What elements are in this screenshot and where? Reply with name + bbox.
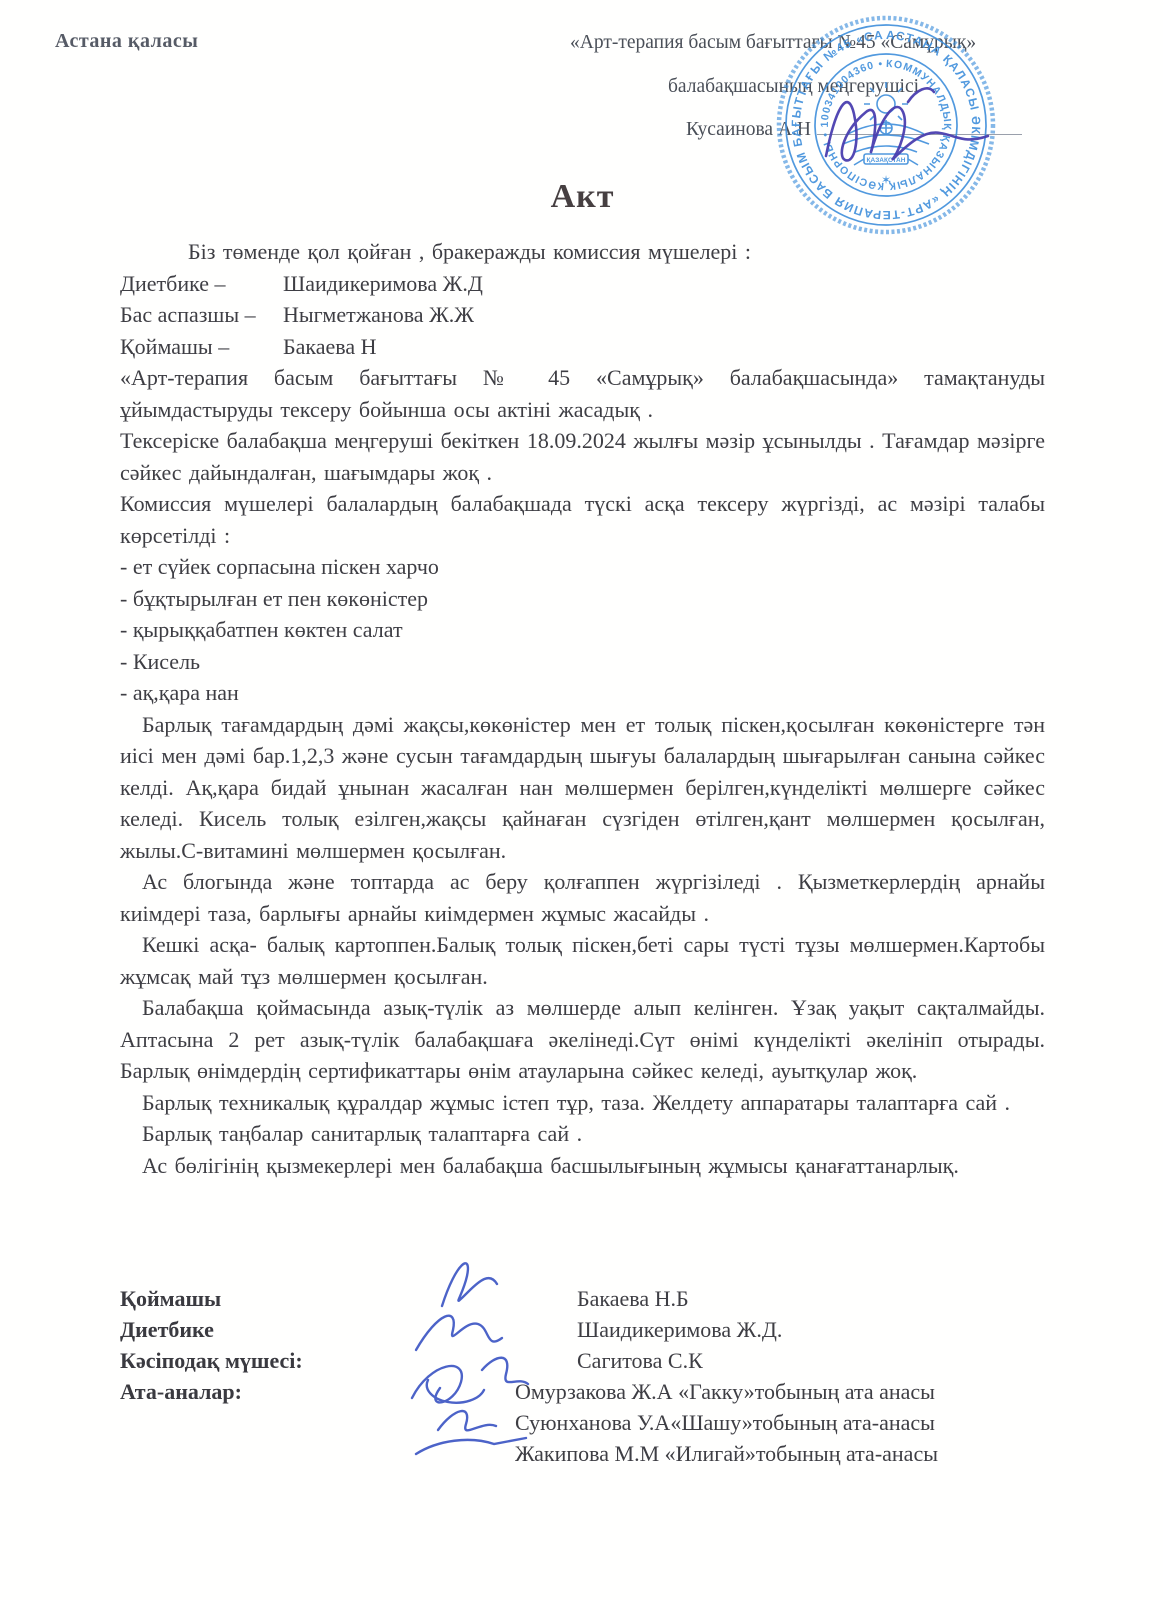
menu-item: - қырыққабатпен көктен салат [120, 614, 1045, 646]
paragraph: Балабақша қоймасында азық-түлік аз мөлше… [120, 992, 1045, 1087]
signature-name: Суюнханова У.А«Шашу»тобының ата-анасы [515, 1407, 935, 1438]
commission-row: Қоймашы – Бакаева Н [120, 331, 1045, 363]
commission-row: Бас аспазшы – Ныгметжанова Ж.Ж [120, 299, 1045, 331]
signature-row: Қоймашы Бакаева Н.Б [120, 1283, 1045, 1314]
commission-name: Бакаева Н [283, 331, 377, 363]
commission-name: Ныгметжанова Ж.Ж [283, 299, 474, 331]
signature-name: Омурзакова Ж.А «Гакку»тобының ата анасы [515, 1376, 935, 1407]
signature-block: Қоймашы Бакаева Н.Б Диетбике Шаидикеримо… [120, 1283, 1045, 1469]
paragraph: Кешкі асқа- балық картоппен.Балық толық … [120, 929, 1045, 992]
commission-row: Диетбике – Шаидикеримова Ж.Д [120, 268, 1045, 300]
signature-name: Жакипова М.М «Илигай»тобының ата-анасы [515, 1438, 938, 1469]
paragraph: Барлық тағамдардың дәмі жақсы,көкөністер… [120, 709, 1045, 867]
paragraph: Тексеріске балабақша меңгеруші бекіткен … [120, 425, 1045, 488]
commission-role: Бас аспазшы – [120, 299, 283, 331]
signature-row: Жакипова М.М «Илигай»тобының ата-анасы [120, 1438, 1045, 1469]
document-title: Акт [120, 178, 1045, 216]
signature-row: Ата-аналар: Омурзакова Ж.А «Гакку»тобыны… [120, 1376, 1045, 1407]
document-page: Астана қаласы «Арт-терапия басым бағытта… [0, 0, 1163, 1600]
signature-row: Диетбике Шаидикеримова Ж.Д. [120, 1314, 1045, 1345]
members-signatures-scribble [398, 1248, 573, 1463]
paragraph: Барлық техникалық құралдар жұмыс істеп т… [120, 1087, 1045, 1119]
paragraph: Ас блогында және топтарда ас беру қолғап… [120, 866, 1045, 929]
paragraph: Барлық таңбалар санитарлық талаптарға са… [120, 1118, 1045, 1150]
menu-item: - бұқтырылған ет пен көкөністер [120, 583, 1045, 615]
paragraph: «Арт-терапия басым бағыттағы № 45 «Самұр… [120, 362, 1045, 425]
commission-role: Қоймашы – [120, 331, 283, 363]
signature-row: Суюнханова У.А«Шашу»тобының ата-анасы [120, 1407, 1045, 1438]
menu-item: - ақ,қара нан [120, 677, 1045, 709]
menu-list: - ет сүйек сорпасына піскен харчо - бұқт… [120, 551, 1045, 709]
document-body: Акт Біз төменде қол қойған , бракеражды … [120, 178, 1045, 1181]
commission-name: Шаидикеримова Ж.Д [283, 268, 483, 300]
city-label: Астана қаласы [55, 30, 198, 53]
paragraph: Комиссия мүшелері балалардың балабақшада… [120, 488, 1045, 551]
menu-item: - ет сүйек сорпасына піскен харчо [120, 551, 1045, 583]
intro-line: Біз төменде қол қойған , бракеражды коми… [120, 236, 1045, 268]
commission-role: Диетбике – [120, 268, 283, 300]
director-signature-scribble [812, 72, 1007, 177]
signature-row: Кәсіподақ мүшесі: Сагитова С.К [120, 1345, 1045, 1376]
paragraph: Ас бөлігінің қызмекерлері мен балабақша … [120, 1150, 1045, 1182]
menu-item: - Кисель [120, 646, 1045, 678]
